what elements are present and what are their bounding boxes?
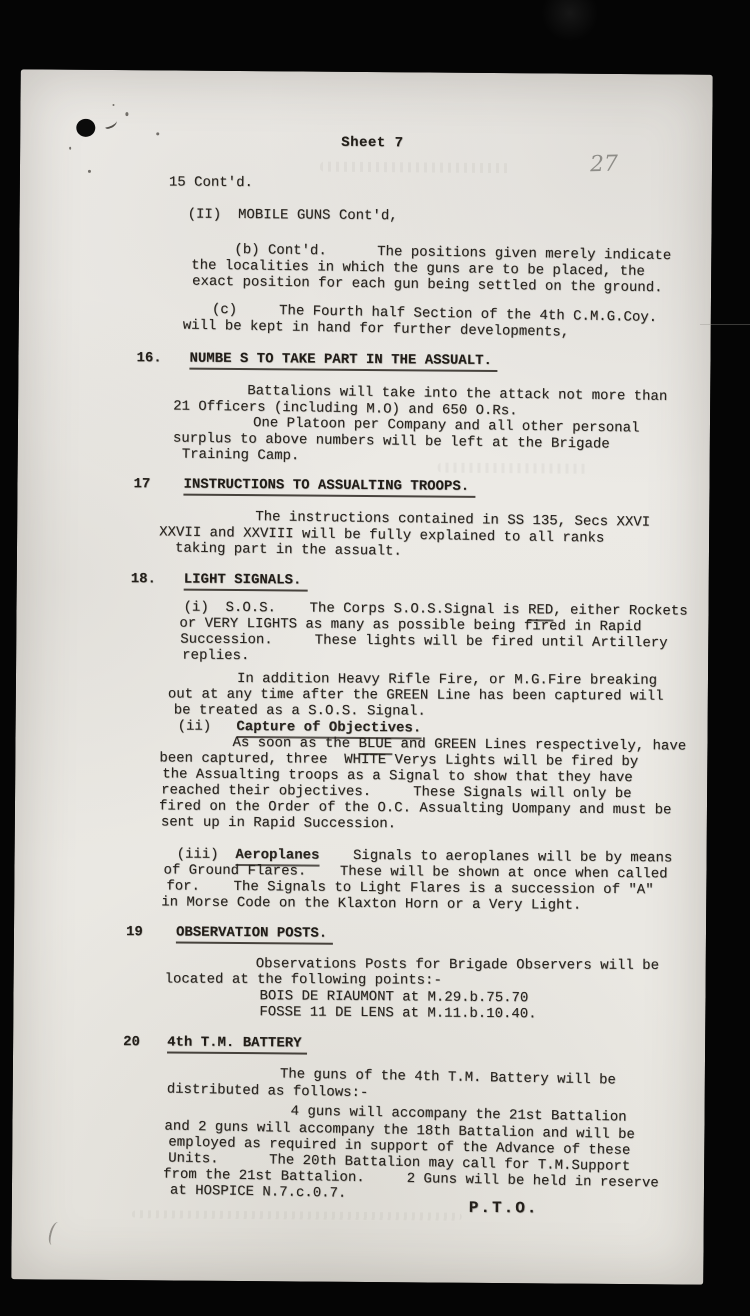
paper-smudge xyxy=(320,162,510,173)
scan-frame: Sheet 7 27 15 Cont'd. (II) MOBILE GUNS C… xyxy=(0,0,750,1316)
paper-smudge xyxy=(438,463,588,474)
text-segment: As soon as the xyxy=(232,735,358,752)
text-line: at HOSPICE N.7.c.0.7. xyxy=(170,1183,347,1202)
text-line: in Morse Code on the Klaxton Horn or a V… xyxy=(161,894,581,913)
section-heading: NUMBE S TO TAKE PART IN THE ASSUALT. xyxy=(189,351,498,372)
text-segment: (iii) xyxy=(177,847,236,863)
section-heading: LIGHT SIGNALS. xyxy=(184,572,308,592)
text-segment: , either Rockets xyxy=(553,603,688,620)
section-number: 18. xyxy=(131,571,156,587)
pen-mark xyxy=(103,118,118,130)
section-heading: OBSERVATION POSTS. xyxy=(176,925,333,945)
text-segment: (ii) xyxy=(178,719,237,735)
punch-hole xyxy=(76,119,95,137)
text-line: (ii) Capture of Objectives. xyxy=(178,719,422,737)
continuation-label: 15 Cont'd. xyxy=(169,174,253,191)
section-number: 16. xyxy=(136,350,161,366)
page-number-pencil: 27 xyxy=(590,152,619,178)
text-line: taking part in the assualt. xyxy=(175,541,402,560)
text-line: replies. xyxy=(182,648,249,665)
text-line: sent up in Rapid Succession. xyxy=(161,814,396,832)
text-line: distributed as follows:- xyxy=(167,1081,369,1101)
map-reference-line: FOSSE 11 DE LENS at M.11.b.10.40. xyxy=(259,1004,536,1022)
page-turn-over-label: P.T.O. xyxy=(469,1199,539,1218)
paper-smudge xyxy=(132,1210,462,1221)
section-number: 19 xyxy=(126,924,143,940)
ink-speck xyxy=(69,147,71,150)
section-heading: INSTRUCTIONS TO ASSUALTING TROOPS. xyxy=(183,477,475,498)
sub-heading: (II) MOBILE GUNS Cont'd, xyxy=(188,207,398,225)
document-page: Sheet 7 27 15 Cont'd. (II) MOBILE GUNS C… xyxy=(11,69,712,1284)
ink-speck xyxy=(88,170,91,173)
text-line: located at the following points:- xyxy=(165,971,442,988)
section-number: 17 xyxy=(133,476,150,492)
ink-speck xyxy=(112,104,114,106)
section-number: 20 xyxy=(123,1034,140,1050)
sheet-number: Sheet 7 xyxy=(341,135,403,151)
ink-speck xyxy=(125,112,128,116)
pencil-squiggle xyxy=(47,1221,64,1247)
text-line: Training Camp. xyxy=(182,447,300,465)
ink-speck xyxy=(156,132,159,135)
section-heading: 4th T.M. BATTERY xyxy=(167,1034,308,1054)
text-line: be treated as a S.O.S. Signal. xyxy=(174,703,426,720)
text-line: Succession. These lights will be fired u… xyxy=(180,632,667,652)
scan-scratch xyxy=(700,324,750,325)
